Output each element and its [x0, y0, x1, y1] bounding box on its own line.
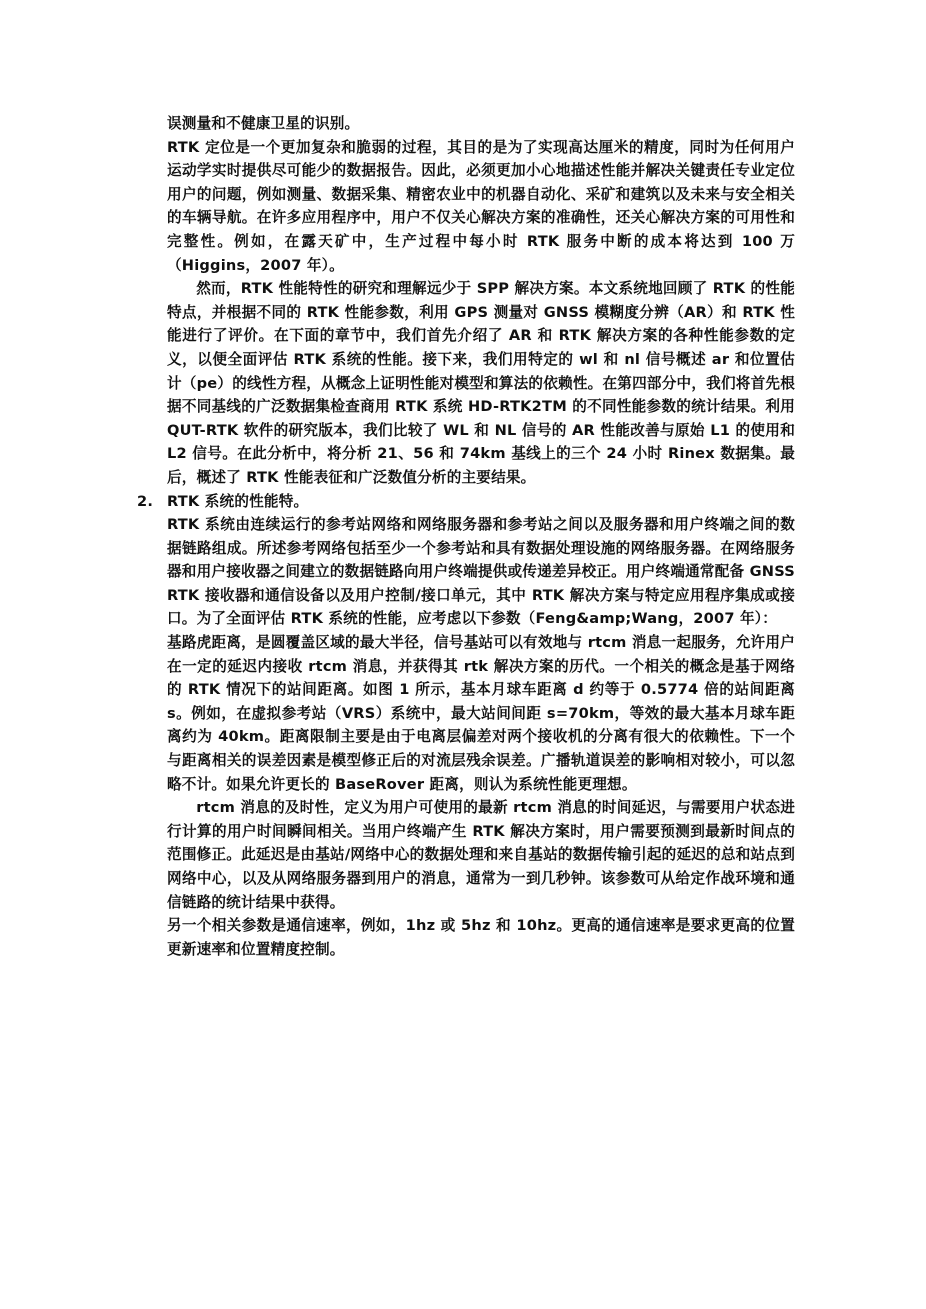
paragraph-intro-fragment: 误测量和不健康卫星的识别。: [167, 112, 795, 136]
paragraph-rtk-system-composition: RTK 系统由连续运行的参考站网络和网络服务器和参考站之间以及服务器和用户终端之…: [167, 513, 795, 631]
paragraph-rtk-performance-overview: 然而，RTK 性能特性的研究和理解远少于 SPP 解决方案。本文系统地回顾了 R…: [167, 277, 795, 489]
section-number: 2.: [137, 490, 153, 514]
paragraph-communication-rate: 另一个相关参数是通信速率，例如，1hz 或 5hz 和 10hz。更高的通信速率…: [167, 914, 795, 961]
section-title: RTK 系统的性能特。: [167, 493, 308, 510]
paragraph-rtk-positioning: RTK 定位是一个更加复杂和脆弱的过程，其目的是为了实现高达厘米的精度，同时为任…: [167, 136, 795, 278]
paragraph-rtcm-timeliness: rtcm 消息的及时性，定义为用户可使用的最新 rtcm 消息的时间延迟，与需要…: [167, 796, 795, 914]
document-page: 误测量和不健康卫星的识别。 RTK 定位是一个更加复杂和脆弱的过程，其目的是为了…: [167, 112, 795, 961]
paragraph-base-rover-distance: 基路虎距离，是圆覆盖区域的最大半径，信号基站可以有效地与 rtcm 消息一起服务…: [167, 631, 795, 796]
section-heading: 2. RTK 系统的性能特。: [167, 490, 795, 514]
